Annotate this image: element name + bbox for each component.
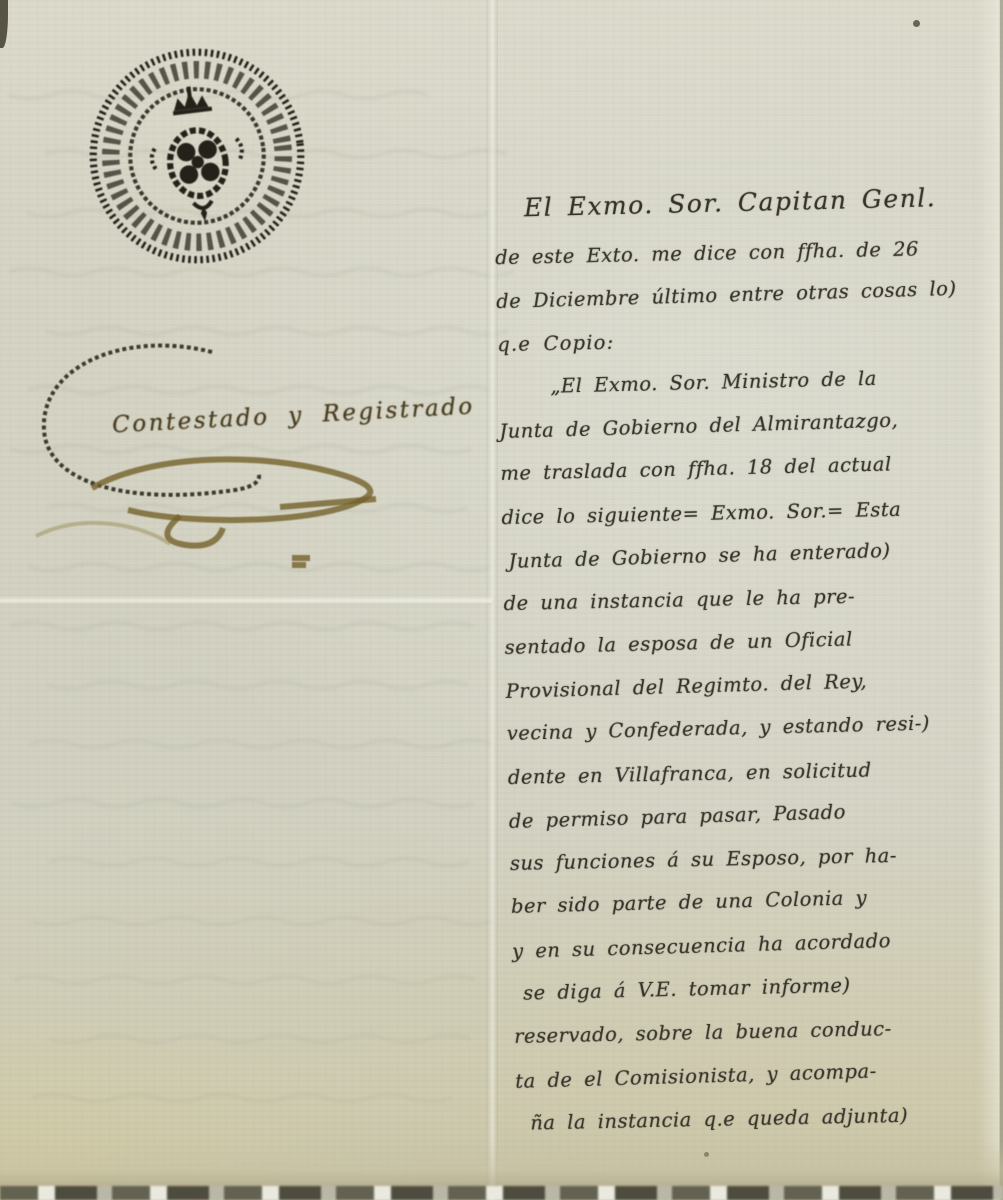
marginal-note-flourish <box>30 330 510 580</box>
handwriting-line: El Exmo. Sor. Capitan Genl. <box>523 170 978 235</box>
horizontal-fold-crease <box>0 596 492 605</box>
right-edge-highlight <box>977 0 999 1200</box>
bottom-shadow-band <box>0 1142 1003 1188</box>
bottom-deckle-edge <box>0 1186 1003 1200</box>
manuscript-page: Contestado y Registrado El Exmo. Sor. Ca… <box>0 0 1003 1200</box>
crowned-coat-of-arms-ink-stamp-icon <box>71 29 323 283</box>
letter-body: El Exmo. Sor. Capitan Genl.de este Exto.… <box>493 170 1000 1145</box>
ink-speck <box>913 20 920 27</box>
